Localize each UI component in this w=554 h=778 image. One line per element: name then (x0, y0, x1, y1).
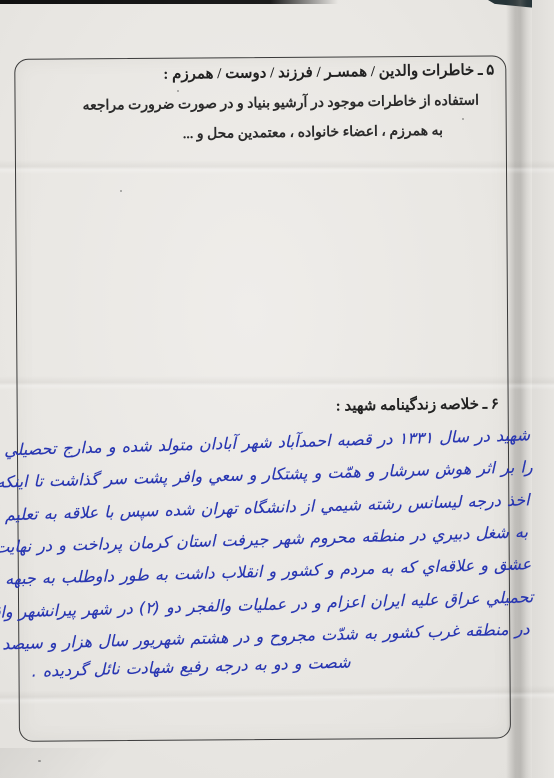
section5-body-line: به همرزم ، اعضاء خانواده ، معتمدين محل و… (182, 123, 442, 143)
form-sheet: ۵ ـ خاطرات والدين / همسـر / فرزند / دوست… (0, 0, 554, 778)
scanned-document-page: ۵ ـ خاطرات والدين / همسـر / فرزند / دوست… (0, 0, 554, 778)
section6-heading: ۶ ـ خلاصه زندگينامه شهيد : (335, 394, 498, 415)
